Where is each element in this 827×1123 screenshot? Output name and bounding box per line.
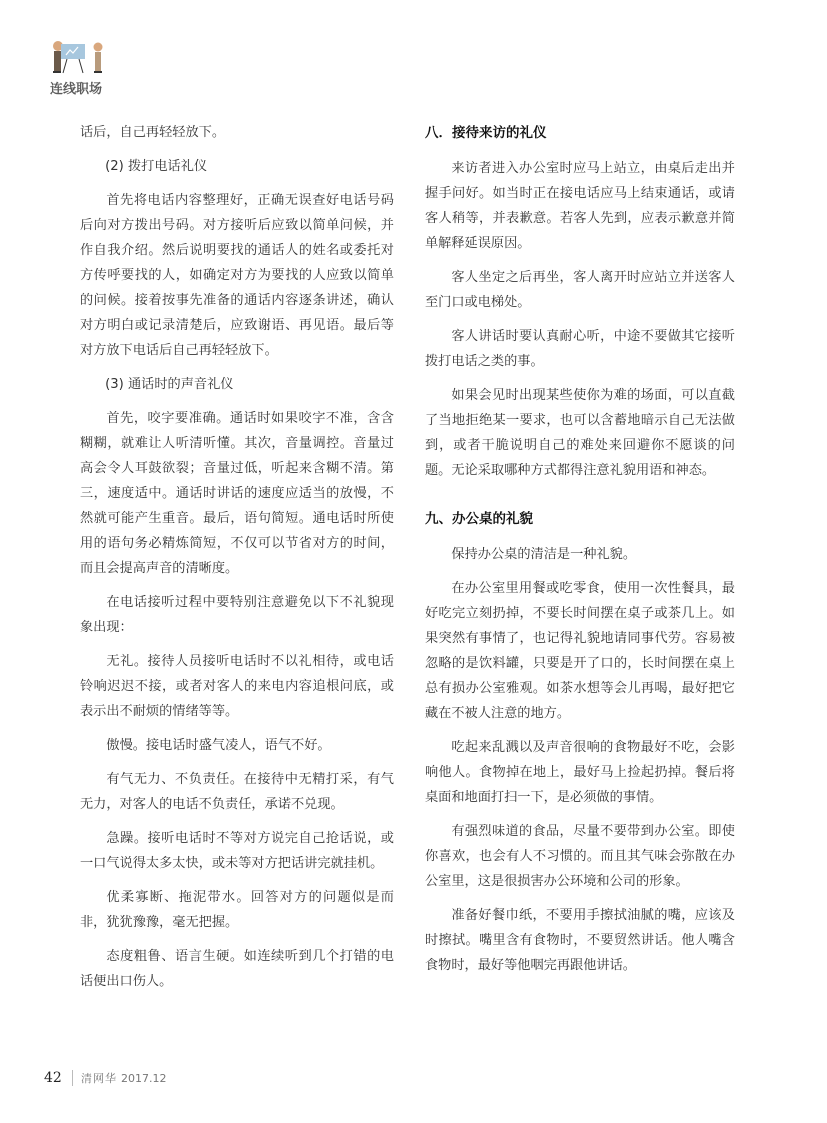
column-name: 连线职场 [50,78,102,97]
paragraph: 有强烈味道的食品，尽量不要带到办公室。即使你喜欢，也会有人不习惯的。而且其气味会… [425,819,735,894]
paragraph: 吃起来乱溅以及声音很响的食物最好不吃，会影响他人。食物掉在地上，最好马上捡起扔掉… [425,735,735,810]
right-column: 八．接待来访的礼仪 来访者进入办公室时应马上站立，由桌后走出并握手问好。如当时正… [425,120,735,987]
paragraph: 在电话接听过程中要特别注意避免以下不礼貌现象出现： [80,590,394,640]
left-column: 话后，自己再轻轻放下。 (2) 拨打电话礼仪 首先将电话内容整理好，正确无误查好… [80,120,394,1003]
paragraph: 傲慢。接电话时盛气凌人，语气不好。 [80,733,394,758]
subheading: (3) 通话时的声音礼仪 [80,372,394,397]
paragraph: 态度粗鲁、语言生硬。如连续听到几个打错的电话便出口伤人。 [80,944,394,994]
paragraph: 有气无力、不负责任。在接待中无精打采，有气无力，对客人的电话不负责任，承诺不兑现… [80,767,394,817]
paragraph: 无礼。接待人员接听电话时不以礼相待，或电话铃响迟迟不接，或者对客人的来电内容追根… [80,649,394,724]
page-number: 42 [44,1070,66,1086]
paragraph: 在办公室里用餐或吃零食，使用一次性餐具，最好吃完立刻扔掉，不要长时间摆在桌子或茶… [425,576,735,726]
paragraph: 首先，咬字要准确。通话时如果咬字不准，含含糊糊，就难让人听清听懂。其次，音量调控… [80,406,394,581]
paragraph: 优柔寡断、拖泥带水。回答对方的问题似是而非，犹犹豫豫，毫无把握。 [80,885,394,935]
section-heading: 八．接待来访的礼仪 [425,120,735,146]
section-gap [425,492,735,506]
paragraph: 话后，自己再轻轻放下。 [80,120,394,145]
paragraph: 客人讲话时要认真耐心听，中途不要做其它接听拨打电话之类的事。 [425,324,735,374]
issue-date: 2017.12 [121,1072,167,1085]
paragraph: 如果会见时出现某些使你为难的场面，可以直截了当地拒绝某一要求，也可以含蓄地暗示自… [425,383,735,483]
footer-divider [72,1070,73,1086]
section-heading: 九、办公桌的礼貌 [425,506,735,532]
magazine-name: 清网华 [81,1070,117,1086]
paragraph: 准备好餐巾纸，不要用手擦拭油腻的嘴，应该及时擦拭。嘴里含有食物时，不要贸然讲话。… [425,903,735,978]
subheading: (2) 拨打电话礼仪 [80,154,394,179]
paragraph: 来访者进入办公室时应马上站立，由桌后走出并握手问好。如当时正在接电话应马上结束通… [425,156,735,256]
paragraph: 急躁。接听电话时不等对方说完自己抢话说，或一口气说得太多太快，或未等对方把话讲完… [80,826,394,876]
page-footer: 42 清网华 2017.12 [44,1068,167,1088]
presentation-board-icon [48,38,118,80]
paragraph: 客人坐定之后再坐，客人离开时应站立并送客人至门口或电梯处。 [425,265,735,315]
paragraph: 保持办公桌的清洁是一种礼貌。 [425,542,735,567]
paragraph: 首先将电话内容整理好，正确无误查好电话号码后向对方拨出号码。对方接听后应致以简单… [80,188,394,363]
